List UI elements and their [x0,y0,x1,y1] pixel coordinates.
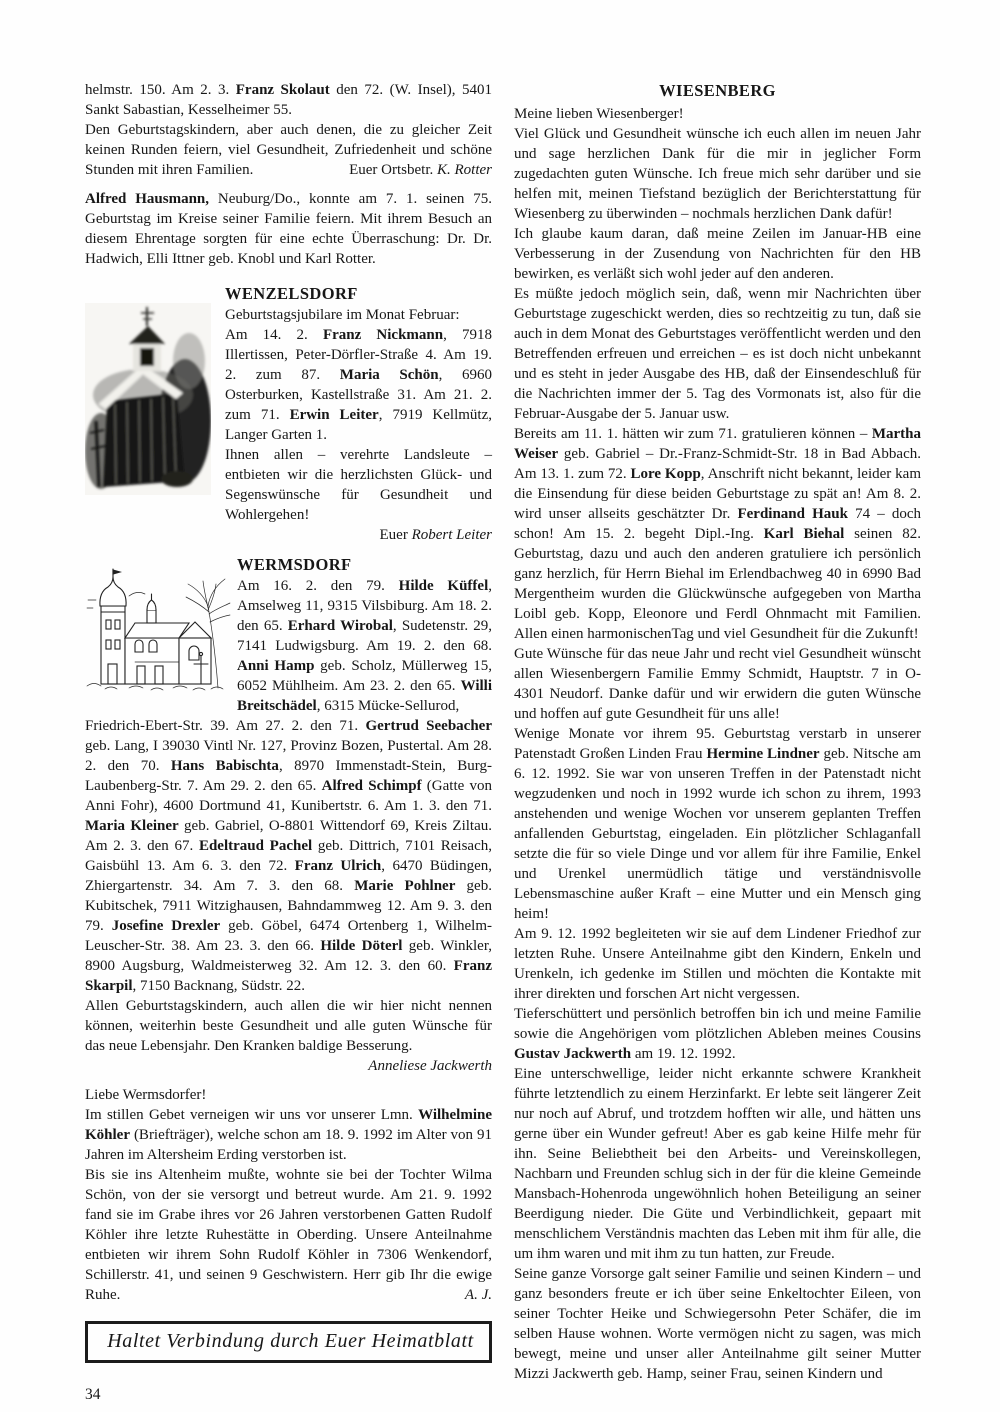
ortsbetreuer-wishes-paragraph: Den Geburtstagskindern, aber auch denen,… [85,120,492,180]
wiesenberg-jackwerth-obituary-paragraph: Tieferschüttert und persönlich betroffen… [514,1004,921,1064]
ortsbetreuer-signature: Euer Ortsbetr. K. Rotter [339,160,492,180]
wermsdorf-signature: Anneliese Jackwerth [85,1056,492,1076]
wenzelsdorf-chapel-photo [85,283,225,495]
wermsdorf-obituary-paragraph-1: Im stillen Gebet verneigen wir uns vor u… [85,1105,492,1165]
newsletter-page: helmstr. 150. Am 2. 3. Franz Skolaut den… [0,0,1000,1412]
wenzelsdorf-text: WENZELSDORF Geburtstagsjubilare im Monat… [225,283,492,545]
wermsdorf-birthday-list-continued: Friedrich-Ebert-Str. 39. Am 27. 2. den 7… [85,716,492,996]
wiesenberg-jackwerth-illness-paragraph: Eine unterschwellige, leider nicht erkan… [514,1064,921,1264]
wermsdorf-text: WERMSDORF Am 16. 2. den 79. Hilde Küffel… [237,554,492,716]
hausmann-birthday-paragraph: Alfred Hausmann, Neuburg/Do., konnte am … [85,189,492,269]
wermsdorf-birthday-list: Am 16. 2. den 79. Hilde Küffel, Amselweg… [237,576,492,716]
wermsdorf-section: WERMSDORF Am 16. 2. den 79. Hilde Küffel… [85,554,492,716]
wenzelsdorf-wishes-paragraph: Ihnen allen – verehrte Landsleute – entb… [225,445,492,525]
page-number: 34 [85,1385,492,1405]
wenzelsdorf-jubilare-paragraph: Am 14. 2. Franz Nickmann, 7918 Illertiss… [225,325,492,445]
right-column: WIESENBERG Meine lieben Wiesenberger! Vi… [514,80,921,1384]
wiesenberg-januar-hb-paragraph: Ich glaube kaum daran, daß meine Zeilen … [514,224,921,284]
intro-continuation-paragraph: helmstr. 150. Am 2. 3. Franz Skolaut den… [85,80,492,120]
wermsdorf-obituary-salute: Liebe Wermsdorfer! [85,1085,492,1105]
wiesenberg-heading: WIESENBERG [514,80,921,102]
wenzelsdorf-lead: Geburtstagsjubilare im Monat Februar: [225,305,492,325]
wermsdorf-church-drawing [85,554,237,698]
heimatblatt-slogan-box: Haltet Verbindung durch Euer Heimatblatt [85,1321,492,1363]
wenzelsdorf-heading: WENZELSDORF [225,283,492,305]
wermsdorf-heading: WERMSDORF [237,554,492,576]
wiesenberg-newyear-paragraph: Viel Glück und Gesundheit wünsche ich eu… [514,124,921,224]
wiesenberg-lindner-funeral-paragraph: Am 9. 12. 1992 begleiteten wir sie auf d… [514,924,921,1004]
wiesenberg-salute: Meine lieben Wiesenberger! [514,104,921,124]
wiesenberg-einsendeschluss-paragraph: Es müßte jedoch möglich sein, daß, wenn … [514,284,921,424]
wermsdorf-obituary-paragraph-2: Bis sie ins Altenheim mußte, wohnte sie … [85,1165,492,1305]
wenzelsdorf-section: WENZELSDORF Geburtstagsjubilare im Monat… [85,283,492,545]
wiesenberg-lindner-obituary-paragraph: Wenige Monate vor ihrem 95. Geburtstag v… [514,724,921,924]
wiesenberg-birthdays-paragraph: Bereits am 11. 1. hätten wir zum 71. gra… [514,424,921,644]
wiesenberg-jackwerth-family-paragraph: Seine ganze Vorsorge galt seiner Familie… [514,1264,921,1384]
wermsdorf-closing-paragraph: Allen Geburtstagskindern, auch allen die… [85,996,492,1056]
wenzelsdorf-signature: Euer Robert Leiter [225,525,492,545]
obituary-signature: A. J. [455,1285,492,1305]
wiesenberg-schmidt-wishes-paragraph: Gute Wünsche für das neue Jahr und recht… [514,644,921,724]
left-column: helmstr. 150. Am 2. 3. Franz Skolaut den… [85,80,492,1405]
